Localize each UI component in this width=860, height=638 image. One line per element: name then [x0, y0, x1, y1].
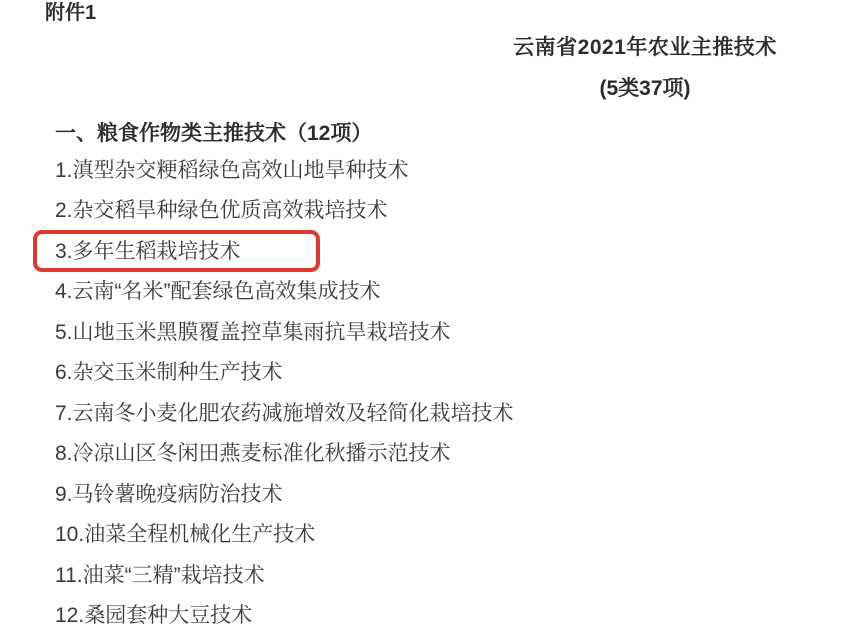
tech-item: 9.马铃薯晚疫病防治技术	[55, 473, 514, 514]
attachment-label: 附件1	[45, 0, 96, 25]
title-block: 云南省2021年农业主推技术 (5类37项)	[430, 36, 860, 100]
document-title: 云南省2021年农业主推技术	[430, 36, 860, 59]
tech-item: 8.冷凉山区冬闲田燕麦标准化秋播示范技术	[55, 432, 514, 473]
document-page: 附件1 云南省2021年农业主推技术 (5类37项) 一、粮食作物类主推技术（1…	[0, 0, 860, 638]
tech-item: 6.杂交玉米制种生产技术	[55, 351, 514, 392]
tech-item: 12.桑园套种大豆技术	[55, 594, 514, 635]
section-heading: 一、粮食作物类主推技术（12项）	[55, 117, 372, 147]
tech-item: 10.油菜全程机械化生产技术	[55, 513, 514, 554]
document-subtitle: (5类37项)	[430, 77, 860, 100]
tech-item: 4.云南“名米”配套绿色高效集成技术	[55, 270, 514, 311]
tech-list: 1.滇型杂交粳稻绿色高效山地旱种技术 2.杂交稻旱种绿色优质高效栽培技术 3.多…	[55, 149, 514, 635]
tech-item: 7.云南冬小麦化肥农药减施增效及轻简化栽培技术	[55, 392, 514, 433]
tech-item: 5.山地玉米黑膜覆盖控草集雨抗旱栽培技术	[55, 311, 514, 352]
tech-item-highlighted: 3.多年生稻栽培技术	[55, 230, 514, 271]
tech-item: 11.油菜“三精”栽培技术	[55, 554, 514, 595]
tech-item: 1.滇型杂交粳稻绿色高效山地旱种技术	[55, 149, 514, 190]
tech-item: 2.杂交稻旱种绿色优质高效栽培技术	[55, 189, 514, 230]
